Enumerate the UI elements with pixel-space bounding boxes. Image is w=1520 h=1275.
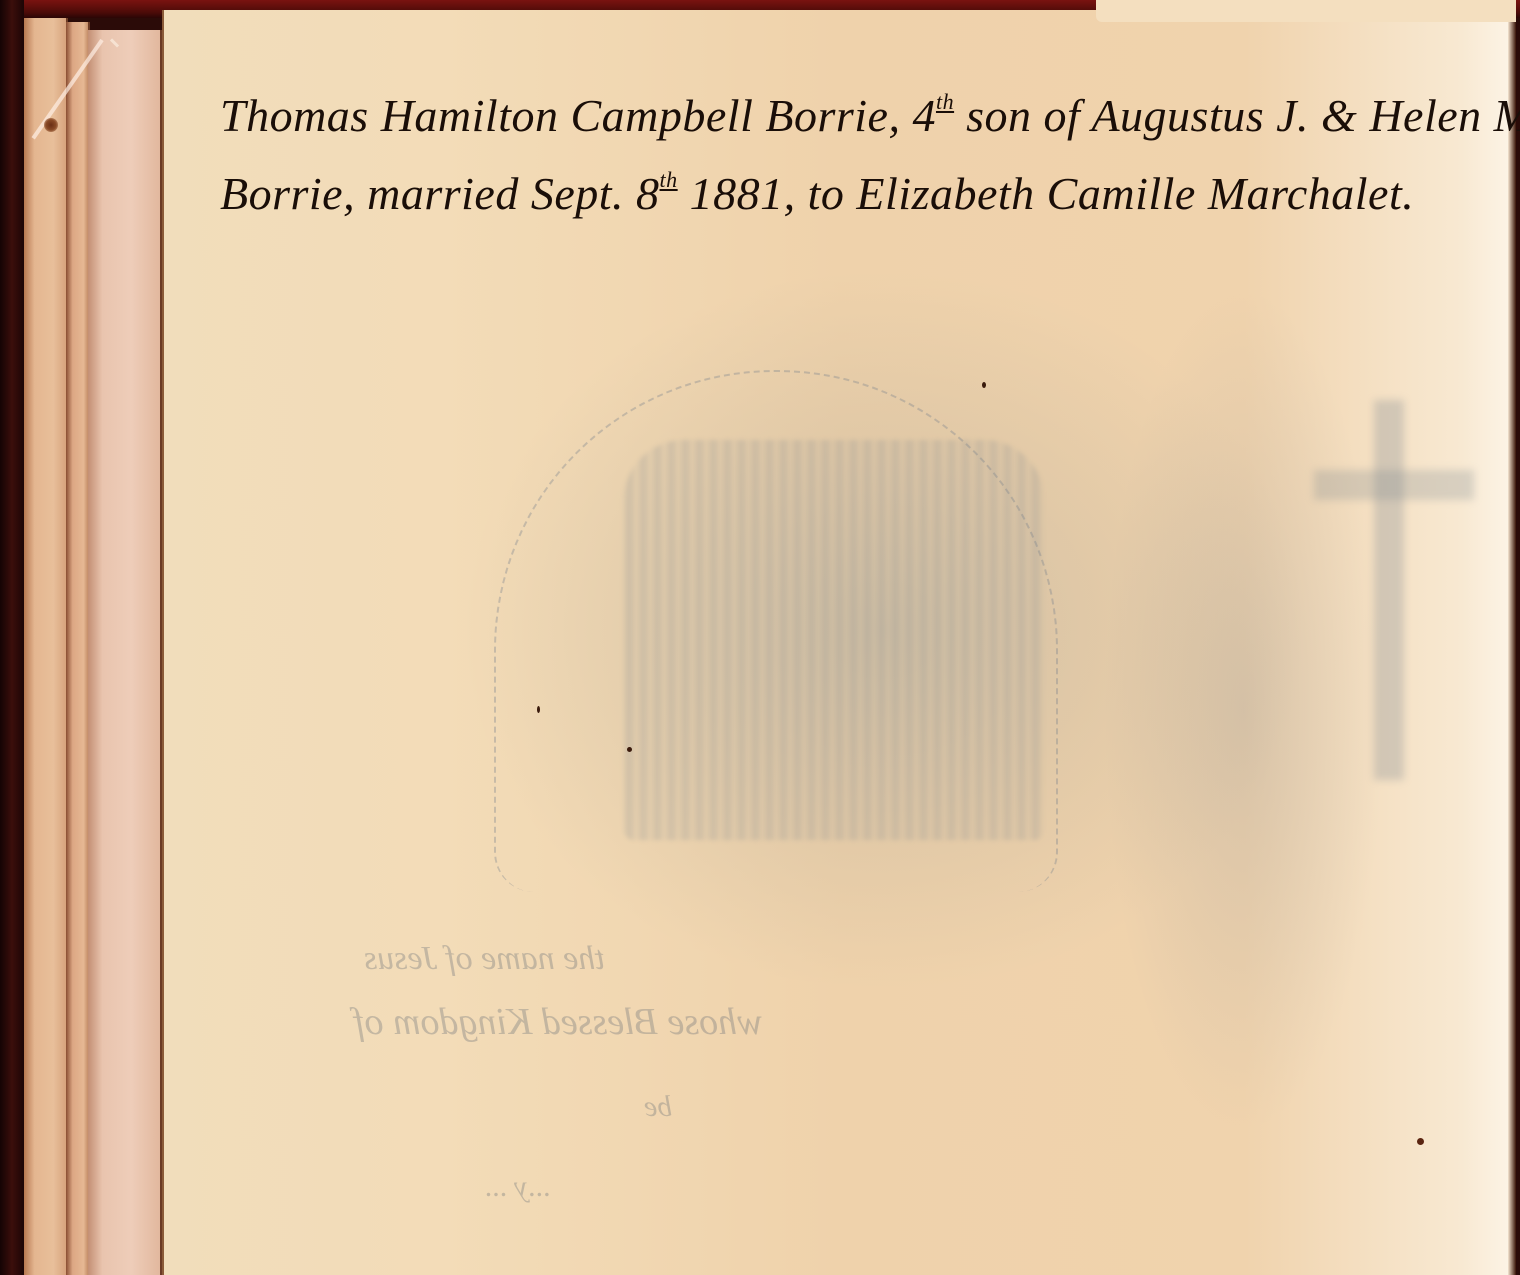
entry-text: son of Augustus J. & Helen M. xyxy=(954,90,1520,141)
bleed-through-engraving-figures xyxy=(624,440,1044,840)
ordinal-suffix: th xyxy=(660,167,678,192)
foxing-spot xyxy=(1417,1138,1424,1145)
book-cover-left-edge xyxy=(0,0,24,1275)
entry-line-2: Borrie, married Sept. 8th 1881, to Eliza… xyxy=(220,148,1500,226)
page-edge-leaf xyxy=(88,30,162,1275)
entry-text: 1881, to Elizabeth Camille Marchalet. xyxy=(678,168,1415,219)
handwritten-marriage-entry: Thomas Hamilton Campbell Borrie, 4th son… xyxy=(220,70,1500,226)
bleed-through-text: whose Blessed Kingdom of xyxy=(354,1000,762,1044)
entry-line-1: Thomas Hamilton Campbell Borrie, 4th son… xyxy=(220,70,1500,148)
bleed-through-cross-icon xyxy=(1314,470,1474,500)
foxing-stain xyxy=(44,118,58,132)
page-edge-leaf xyxy=(66,22,90,1275)
foxing-spot xyxy=(627,747,632,752)
scanned-book-spread: the name of Jesus whose Blessed Kingdom … xyxy=(0,0,1520,1275)
foxing-spot xyxy=(982,382,986,388)
ordinal-suffix: th xyxy=(936,89,954,114)
bleed-through-cross-icon xyxy=(1374,400,1404,780)
page-edge-leaf xyxy=(24,18,68,1275)
bleed-through-text: ...y ... xyxy=(484,1170,550,1204)
bleed-through-text: be xyxy=(644,1090,672,1124)
page-top-edge xyxy=(1096,0,1516,22)
bleed-through-text: the name of Jesus xyxy=(364,940,605,978)
entry-text: Thomas Hamilton Campbell Borrie, 4 xyxy=(220,90,936,141)
entry-text: Borrie, married Sept. 8 xyxy=(220,168,660,219)
foxing-spot xyxy=(537,706,540,713)
